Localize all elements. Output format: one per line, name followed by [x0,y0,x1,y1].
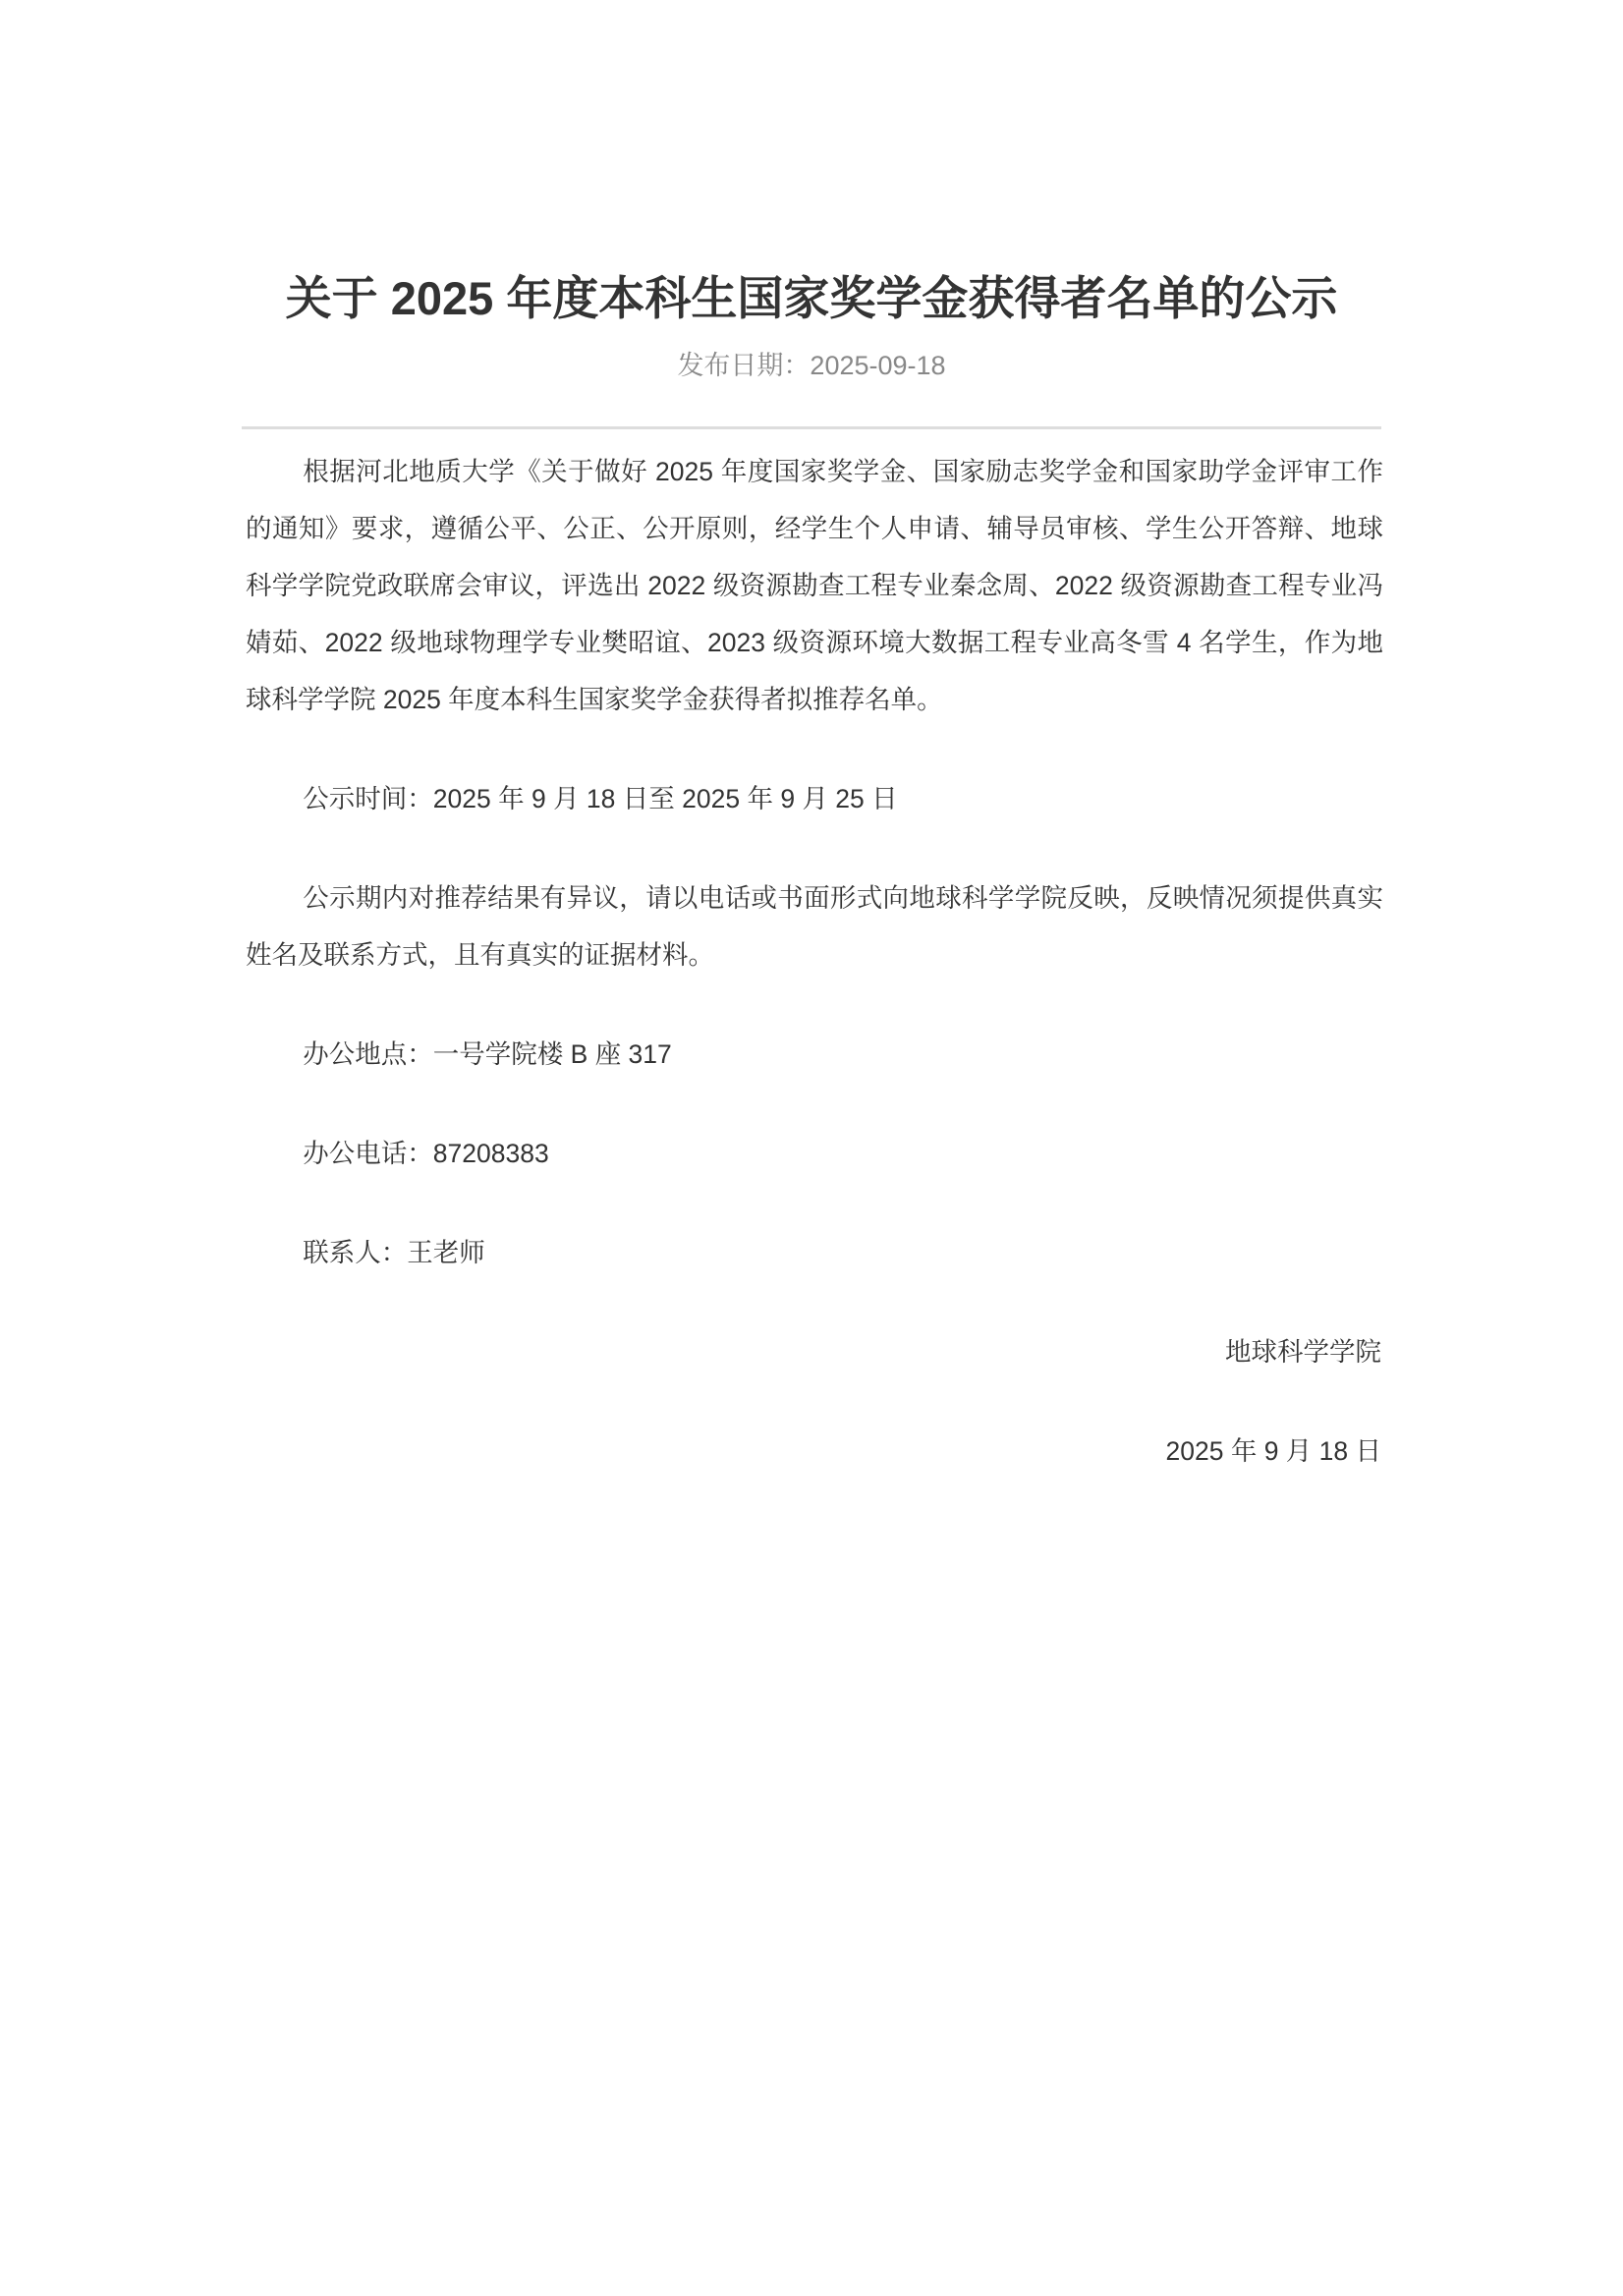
paragraph-office-phone: 办公电话：87208383 [246,1125,1383,1182]
paragraph-announcement: 根据河北地质大学《关于做好 2025 年度国家奖学金、国家励志奖学金和国家助学金… [246,443,1383,728]
publish-date: 发布日期：2025-09-18 [242,346,1381,385]
article-body: 根据河北地质大学《关于做好 2025 年度国家奖学金、国家励志奖学金和国家助学金… [246,443,1383,1522]
paragraph-objection-instructions: 公示期内对推荐结果有异议，请以电话或书面形式向地球科学学院反映，反映情况须提供真… [246,869,1383,983]
signature-date: 2025 年 9 月 18 日 [246,1423,1383,1480]
paragraph-publicity-period: 公示时间：2025 年 9 月 18 日至 2025 年 9 月 25 日 [246,770,1383,827]
paragraph-office-location: 办公地点：一号学院楼 B 座 317 [246,1026,1383,1083]
paragraph-contact-person: 联系人：王老师 [246,1224,1383,1281]
signature-organization: 地球科学学院 [246,1323,1383,1380]
article-title: 关于 2025 年度本科生国家奖学金获得者名单的公示 [242,267,1381,330]
title-divider [242,426,1381,429]
